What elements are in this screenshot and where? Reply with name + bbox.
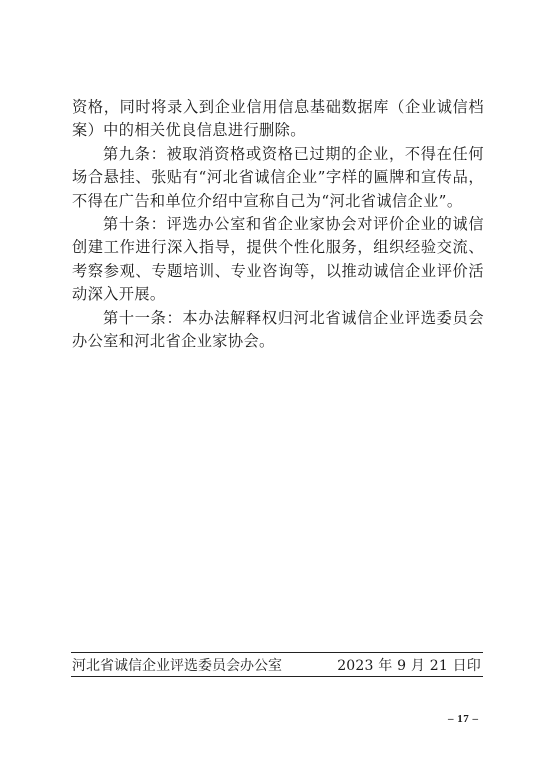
paragraph-continuation: 资格，同时将录入到企业信用信息基础数据库（企业诚信档案）中的相关优良信息进行删除… <box>72 96 484 143</box>
document-body: 资格，同时将录入到企业信用信息基础数据库（企业诚信档案）中的相关优良信息进行删除… <box>72 96 484 353</box>
document-page: 资格，同时将录入到企业信用信息基础数据库（企业诚信档案）中的相关优良信息进行删除… <box>0 0 555 774</box>
paragraph-article-9: 第九条：被取消资格或资格已过期的企业，不得在任何场合悬挂、张贴有“河北省诚信企业… <box>72 143 484 213</box>
paragraph-article-11: 第十一条：本办法解释权归河北省诚信企业评选委员会办公室和河北省企业家协会。 <box>72 307 484 354</box>
page-number: – 17 – <box>448 713 479 725</box>
issuance-footer: 河北省诚信企业评选委员会办公室 2023 年 9 月 21 日印 <box>71 652 483 677</box>
issuer-name: 河北省诚信企业评选委员会办公室 <box>72 655 282 675</box>
issue-date: 2023 年 9 月 21 日印 <box>337 655 481 675</box>
paragraph-article-10: 第十条：评选办公室和省企业家协会对评价企业的诚信创建工作进行深入指导，提供个性化… <box>72 213 484 307</box>
